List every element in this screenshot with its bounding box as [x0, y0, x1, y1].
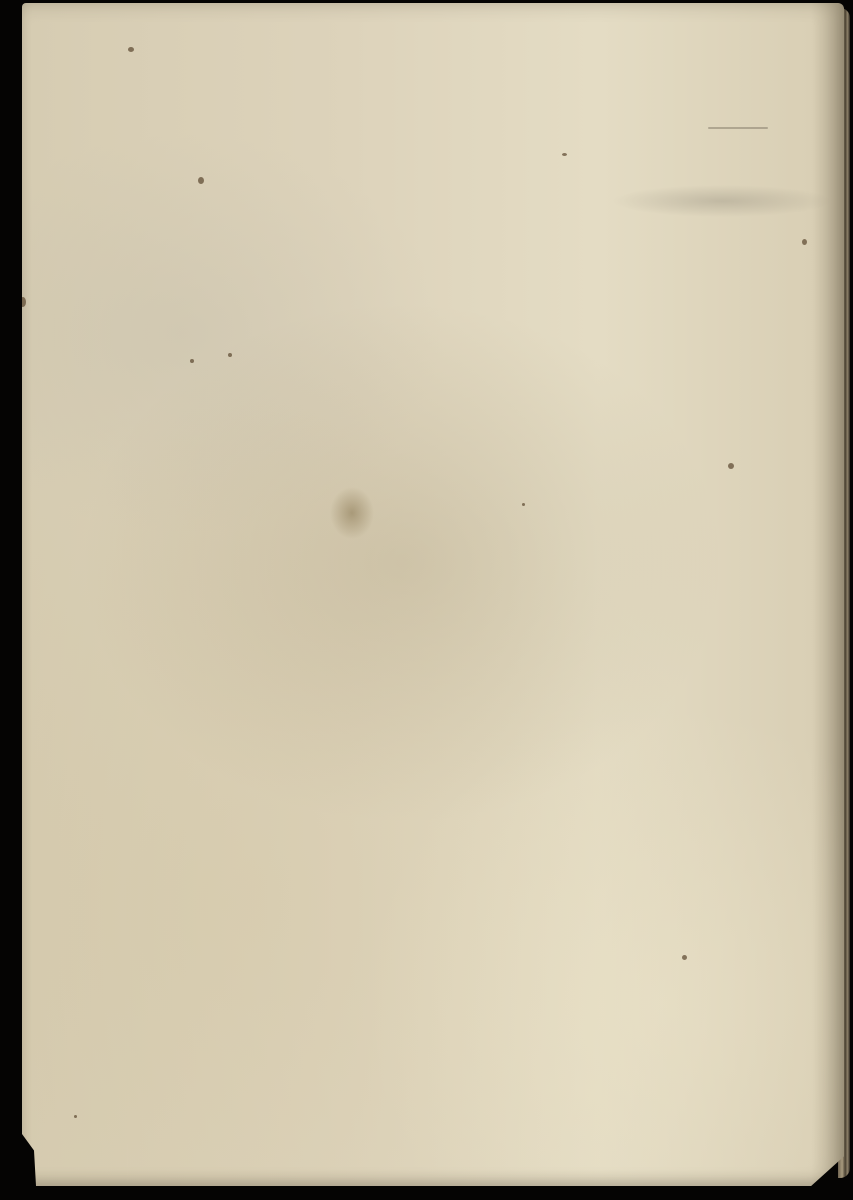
paper-speck [128, 47, 134, 52]
paper-speck [198, 177, 204, 184]
paper-speck [74, 1115, 77, 1118]
paper-speck [190, 359, 194, 363]
paper-speck [728, 463, 734, 469]
page-text [22, 3, 23, 4]
paper-speck [522, 503, 525, 506]
paper-speck [228, 353, 232, 357]
paper-speck [682, 955, 687, 960]
paper-speck [562, 153, 567, 156]
scan-background [0, 0, 853, 1200]
paper-speck [20, 297, 26, 307]
paper-speck [802, 239, 807, 245]
blank-page [22, 3, 844, 1186]
paper-speck [708, 127, 768, 129]
